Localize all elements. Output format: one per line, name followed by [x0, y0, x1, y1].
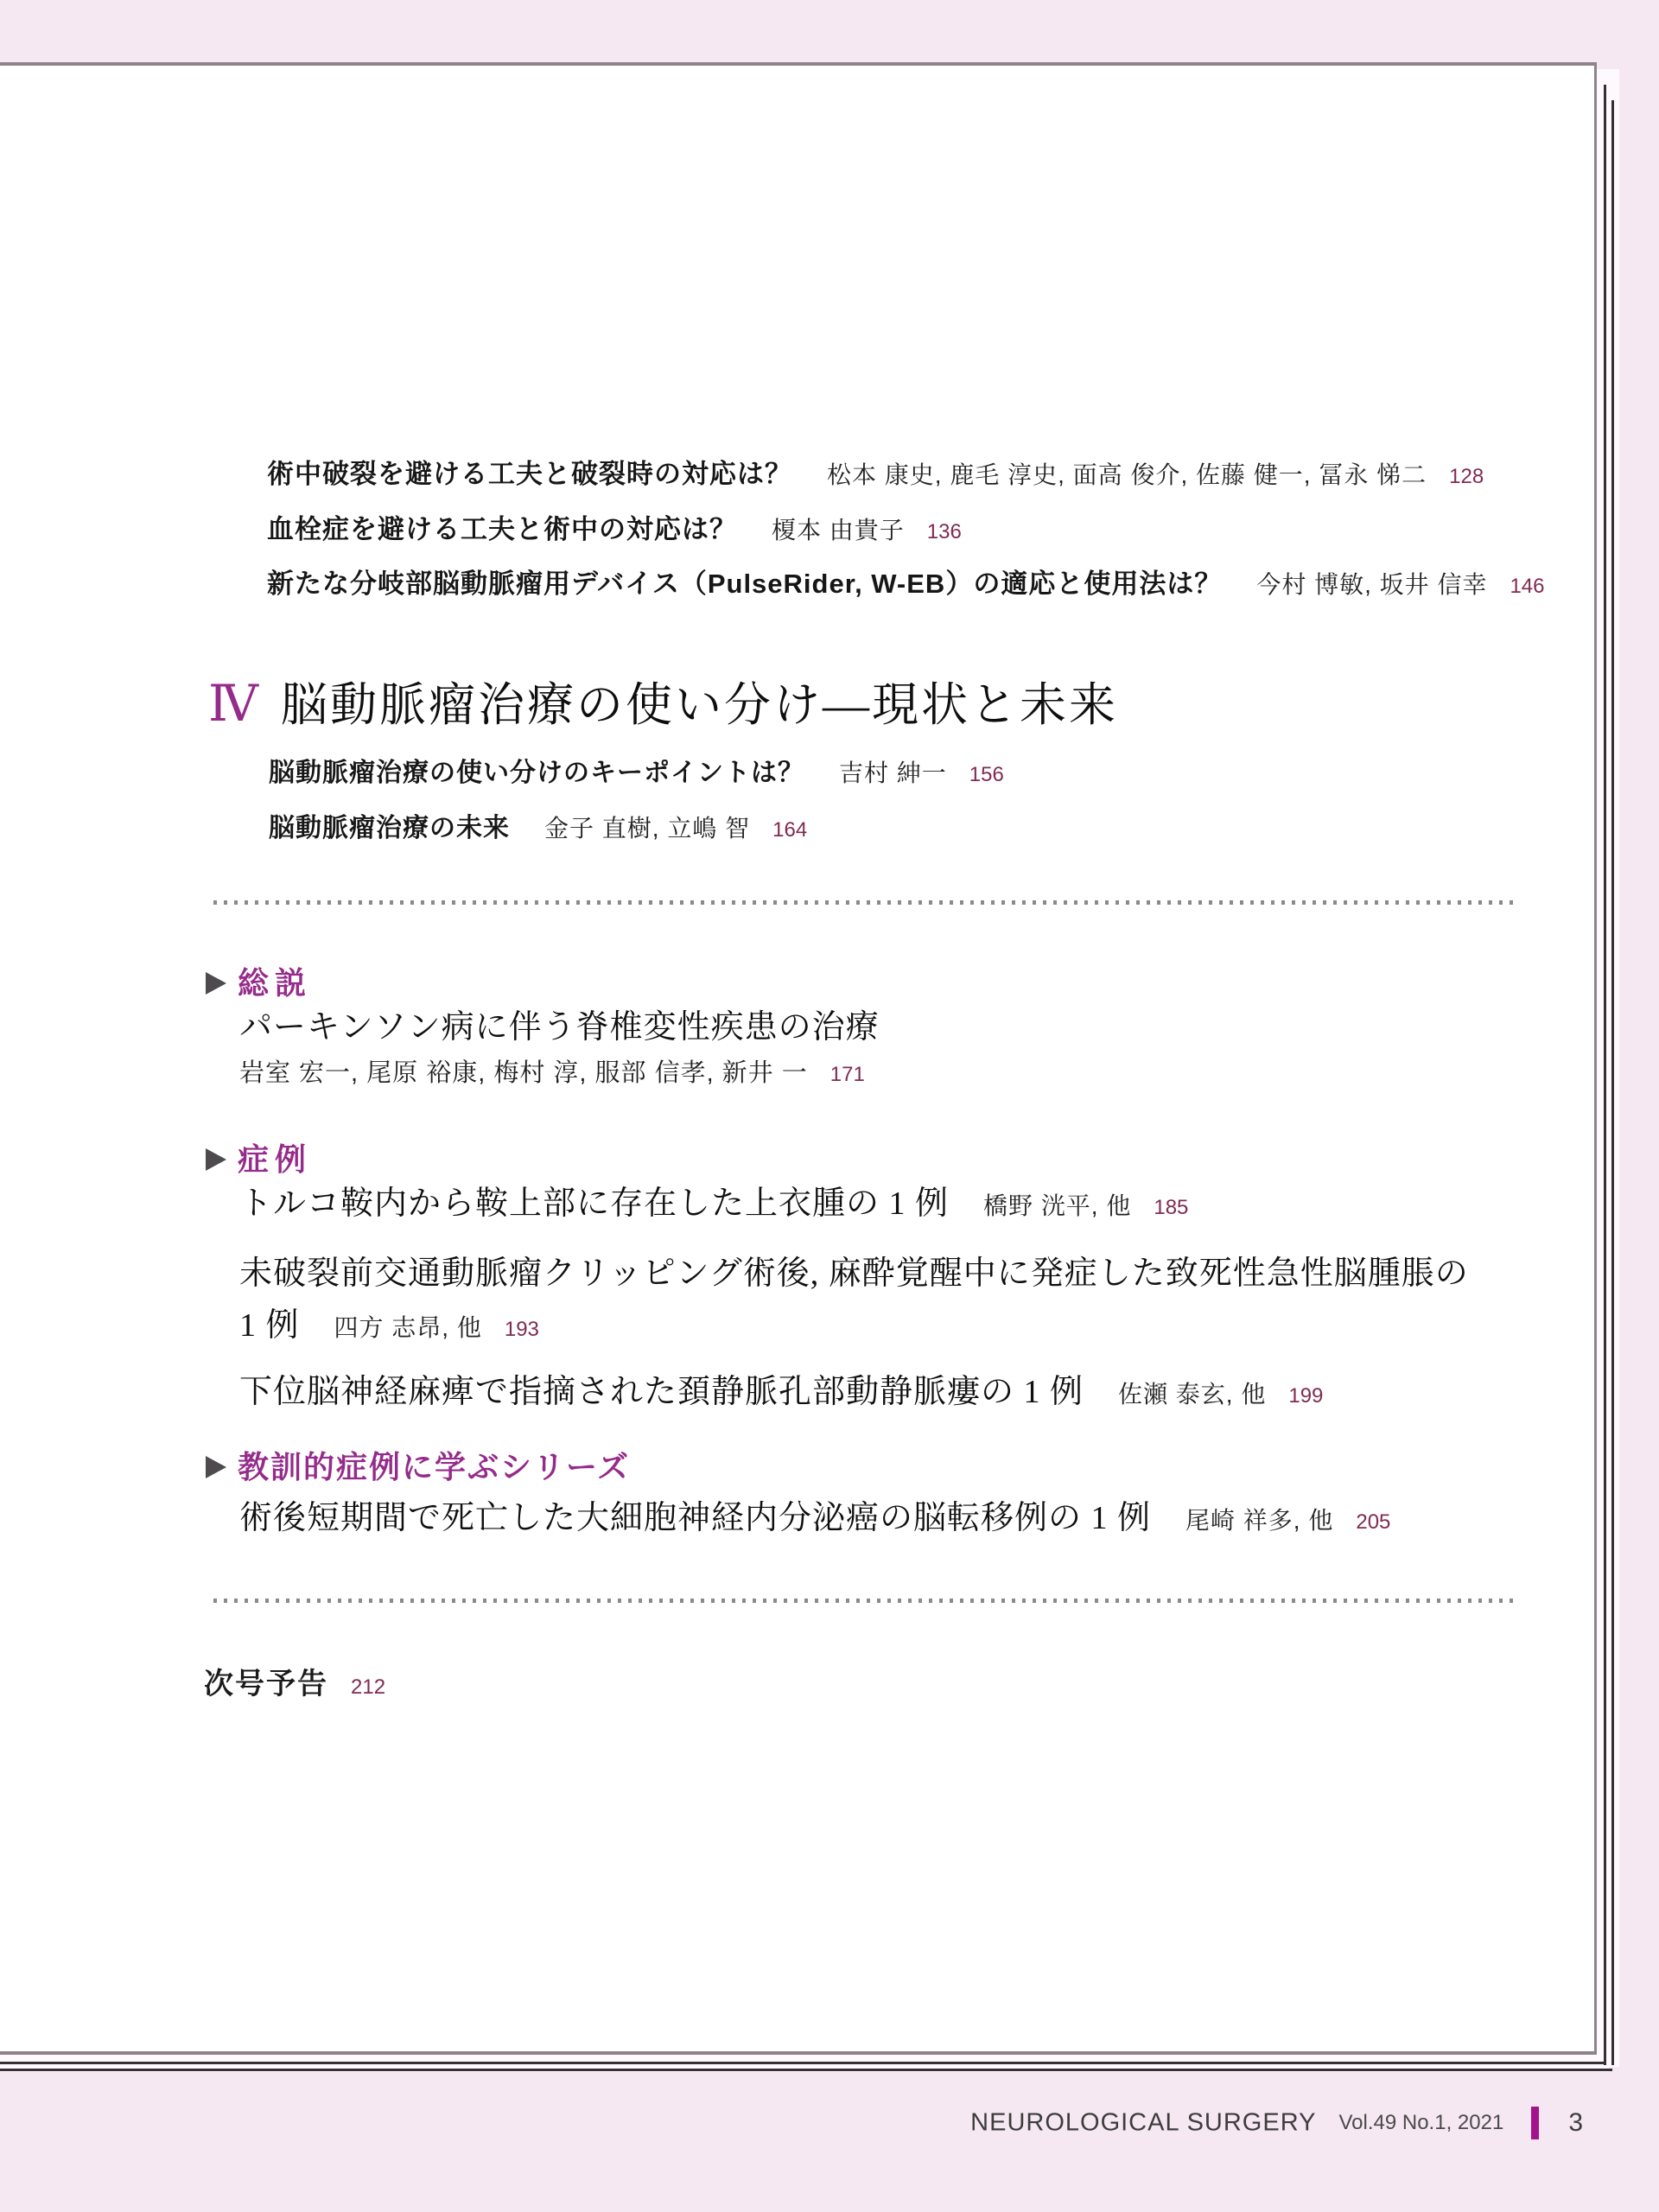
entry-page-number: 146: [1510, 575, 1544, 598]
triangle-marker-icon: [206, 1148, 226, 1171]
entry-page-number: 128: [1449, 465, 1484, 488]
entry-title: 脳動脈瘤治療の使い分けのキーポイントは？: [269, 759, 804, 787]
entry-title: 脳動脈瘤治療の未来: [269, 814, 510, 842]
section-title: 脳動脈瘤治療の使い分け―現状と未来: [281, 679, 1118, 731]
section-header-lessons: 教訓的症例に学ぶシリーズ: [206, 1452, 630, 1483]
section-header-cases: 症例: [206, 1144, 312, 1175]
triangle-marker-icon: [206, 972, 226, 995]
toc-entry: 脳動脈瘤治療の未来金子 直樹, 立嶋 智164: [269, 816, 807, 842]
entry-page-number: 193: [505, 1318, 539, 1341]
section-header-label: 教訓的症例に学ぶシリーズ: [238, 1452, 630, 1483]
article-title-row: 未破裂前交通動脈瘤クリッピング術後, 麻酔覚醒中に発症した致死性急性脳腫脹の: [239, 1257, 1469, 1290]
page-edge-line: [1604, 85, 1606, 2065]
article-title-row: トルコ鞍内から鞍上部に存在した上衣腫の 1 例橋野 洸平, 他185: [239, 1187, 1188, 1220]
entry-authors: 金子 直樹, 立嶋 智: [544, 815, 750, 842]
next-issue-row: 次号予告212: [204, 1669, 385, 1699]
entry-page-number: 171: [830, 1063, 865, 1086]
toc-entry: 血栓症を避ける工夫と術中の対応は？榎本 由貴子136: [267, 516, 962, 543]
section-iv-heading: Ⅳ脳動脈瘤治療の使い分け―現状と未来: [208, 679, 1118, 729]
page-number: 3: [1568, 2108, 1583, 2137]
article-title: 下位脳神経麻痺で指摘された頚静脈孔部動静脈瘻の 1 例: [239, 1374, 1084, 1410]
dotted-divider: [213, 1599, 1520, 1603]
article-authors: 岩室 宏一, 尾原 裕康, 梅村 淳, 服部 信孝, 新井 一: [239, 1059, 808, 1087]
article-title: パーキンソン病に伴う脊椎変性疾患の治療: [239, 1009, 880, 1046]
entry-page-number: 185: [1154, 1196, 1188, 1219]
entry-authors: 今村 博敏, 坂井 信幸: [1256, 571, 1487, 598]
entry-authors: 吉村 紳一: [839, 760, 947, 786]
triangle-marker-icon: [206, 1456, 226, 1478]
page-edge-line: [1611, 100, 1614, 2065]
section-header-label: 総説: [238, 968, 312, 999]
toc-entry: 脳動脈瘤治療の使い分けのキーポイントは？吉村 紳一156: [269, 760, 1004, 786]
article-title-line2: 1 例: [239, 1307, 300, 1344]
journal-toc-page: 術中破裂を避ける工夫と破裂時の対応は？松本 康史, 鹿毛 淳史, 面高 俊介, …: [0, 62, 1597, 2055]
entry-title: 術中破裂を避ける工夫と破裂時の対応は？: [267, 459, 792, 489]
dotted-divider: [213, 900, 1520, 905]
section-header-review: 総説: [206, 968, 312, 999]
page-edge-line: [0, 2062, 1605, 2064]
article-title-row: 術後短期間で死亡した大細胞神経内分泌癌の脳転移例の 1 例尾崎 祥多, 他205: [239, 1502, 1390, 1535]
entry-authors: 松本 康史, 鹿毛 淳史, 面高 俊介, 佐藤 健一, 冨永 悌二: [827, 461, 1427, 488]
entry-page-number: 164: [772, 818, 807, 842]
entry-title: 新たな分岐部脳動脈瘤用デバイス（PulseRider, W-EB）の適応と使用法…: [267, 569, 1222, 599]
footer-accent-bar: [1531, 2107, 1539, 2139]
article-authors: 橋野 洸平, 他: [983, 1192, 1131, 1219]
entry-page-number: 212: [351, 1675, 385, 1699]
article-authors: 佐瀬 泰玄, 他: [1118, 1381, 1266, 1408]
article-title: 術後短期間で死亡した大細胞神経内分泌癌の脳転移例の 1 例: [239, 1500, 1151, 1536]
article-title-line1: 未破裂前交通動脈瘤クリッピング術後, 麻酔覚醒中に発症した致死性急性脳腫脹の: [239, 1255, 1469, 1292]
entry-authors: 榎本 由貴子: [772, 517, 905, 543]
next-issue-label: 次号予告: [204, 1668, 328, 1700]
page-edge-strip: [1597, 69, 1619, 2067]
article-title-row: パーキンソン病に伴う脊椎変性疾患の治療: [239, 1011, 880, 1044]
article-authors-row: 岩室 宏一, 尾原 裕康, 梅村 淳, 服部 信孝, 新井 一171: [239, 1061, 865, 1086]
toc-entry: 術中破裂を避ける工夫と破裂時の対応は？松本 康史, 鹿毛 淳史, 面高 俊介, …: [267, 461, 1484, 487]
issue-info: Vol.49 No.1, 2021: [1338, 2111, 1503, 2134]
article-title-row: 1 例四方 志昂, 他193: [239, 1309, 539, 1342]
section-header-label: 症例: [238, 1144, 312, 1175]
article-title-row: 下位脳神経麻痺で指摘された頚静脈孔部動静脈瘻の 1 例佐瀬 泰玄, 他199: [239, 1376, 1323, 1408]
article-authors: 四方 志昂, 他: [334, 1314, 482, 1341]
toc-entry: 新たな分岐部脳動脈瘤用デバイス（PulseRider, W-EB）の適応と使用法…: [267, 570, 1545, 597]
journal-name: NEUROLOGICAL SURGERY: [970, 2109, 1316, 2137]
section-numeral: Ⅳ: [208, 676, 258, 732]
scanned-page-backdrop: 術中破裂を避ける工夫と破裂時の対応は？松本 康史, 鹿毛 淳史, 面高 俊介, …: [0, 0, 1659, 2212]
entry-page-number: 156: [969, 763, 1004, 786]
page-edge-line: [0, 2069, 1612, 2071]
entry-page-number: 199: [1288, 1384, 1323, 1408]
article-authors: 尾崎 祥多, 他: [1185, 1507, 1333, 1534]
entry-page-number: 136: [927, 520, 962, 543]
article-title: トルコ鞍内から鞍上部に存在した上衣腫の 1 例: [239, 1185, 949, 1222]
entry-page-number: 205: [1356, 1510, 1390, 1534]
page-footer: NEUROLOGICAL SURGERYVol.49 No.1, 20213: [0, 2107, 1583, 2139]
entry-title: 血栓症を避ける工夫と術中の対応は？: [267, 514, 737, 544]
